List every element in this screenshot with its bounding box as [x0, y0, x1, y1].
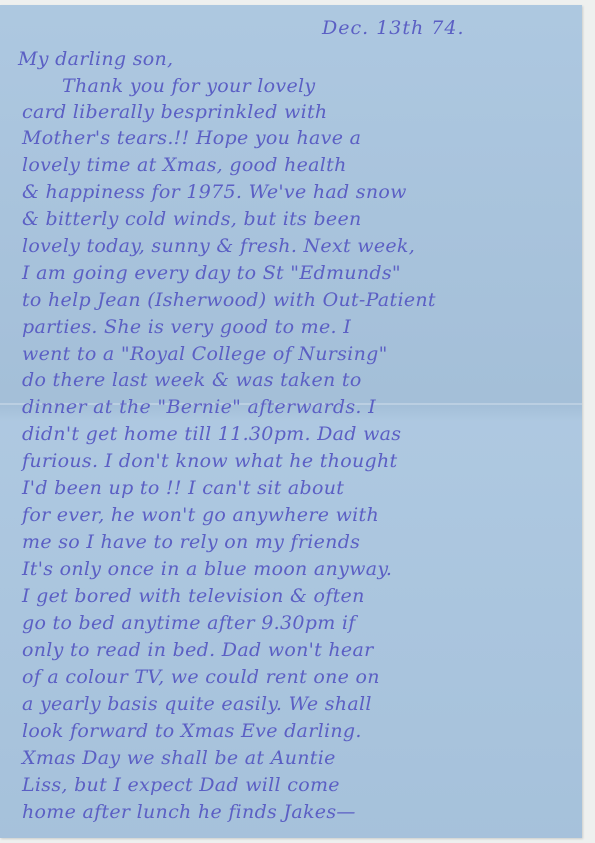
letter-line: me so I have to rely on my friends — [22, 531, 360, 553]
letter-line: dinner at the "Bernie" afterwards. I — [22, 396, 376, 418]
salutation: My darling son, — [18, 48, 173, 70]
letter-line: didn't get home till 11.30pm. Dad was — [22, 423, 401, 445]
letter-line: go to bed anytime after 9.30pm if — [22, 612, 356, 634]
letter-line: & happiness for 1975. We've had snow — [22, 181, 407, 203]
letter-line: Mother's tears.!! Hope you have a — [22, 127, 361, 149]
letter-line: do there last week & was taken to — [22, 369, 362, 391]
letter-line: Thank you for your lovely — [62, 75, 315, 97]
letter-line: home after lunch he finds Jakes— — [22, 801, 356, 823]
letter-line: & bitterly cold winds, but its been — [22, 208, 362, 230]
letter-date: Dec. 13th 74. — [322, 17, 465, 39]
letter-sheet: Dec. 13th 74. My darling son, Thank you … — [0, 5, 582, 838]
letter-line: for ever, he won't go anywhere with — [22, 504, 379, 526]
letter-line: to help Jean (Isherwood) with Out-Patien… — [22, 289, 436, 311]
letter-line: a yearly basis quite easily. We shall — [22, 693, 372, 715]
letter-line: look forward to Xmas Eve darling. — [22, 720, 362, 742]
letter-line: went to a "Royal College of Nursing" — [22, 343, 388, 365]
letter-line: of a colour TV, we could rent one on — [22, 666, 380, 688]
letter-line: lovely today, sunny & fresh. Next week, — [22, 235, 415, 257]
letter-line: I get bored with television & often — [22, 585, 365, 607]
letter-line: I'd been up to !! I can't sit about — [22, 477, 344, 499]
letter-line: card liberally besprinkled with — [22, 101, 327, 123]
letter-line: Liss, but I expect Dad will come — [22, 774, 340, 796]
letter-line: only to read in bed. Dad won't hear — [22, 639, 374, 661]
letter-line: It's only once in a blue moon anyway. — [22, 558, 392, 580]
letter-line: furious. I don't know what he thought — [22, 450, 397, 472]
letter-line: parties. She is very good to me. I — [22, 316, 351, 338]
letter-line: lovely time at Xmas, good health — [22, 154, 347, 176]
letter-line: Xmas Day we shall be at Auntie — [22, 747, 336, 769]
letter-line: I am going every day to St "Edmunds" — [22, 262, 401, 284]
